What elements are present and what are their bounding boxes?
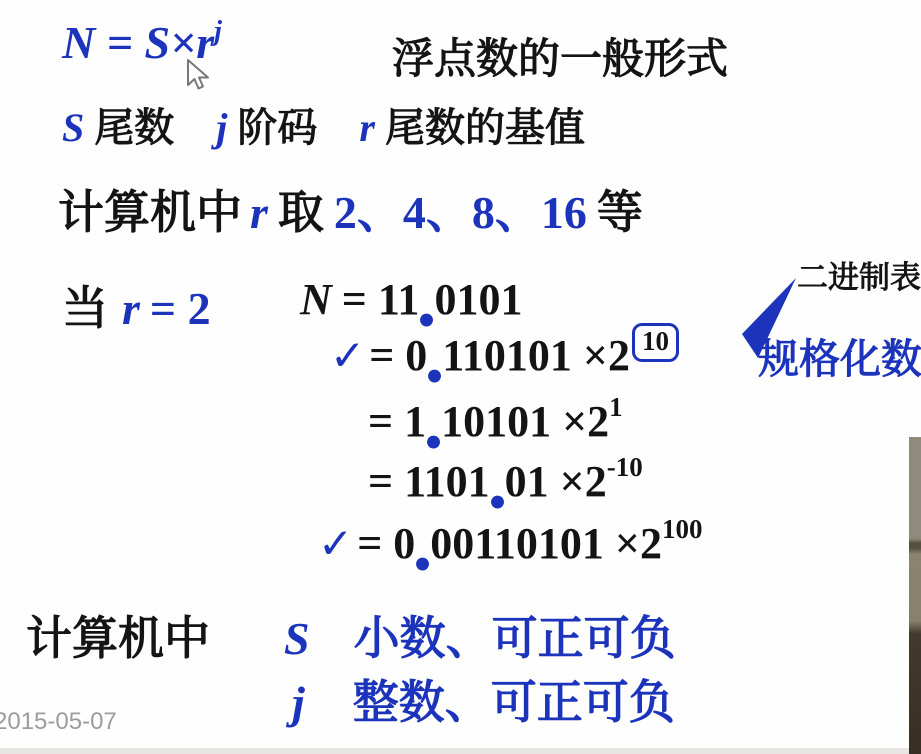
binary-point: . [413, 498, 433, 590]
eq0-times: × [583, 331, 608, 380]
binary-point: . [424, 376, 444, 468]
formula-exp-j: j [214, 16, 222, 47]
eq1-equals: = [368, 397, 393, 446]
radix-verb: 取 [278, 187, 324, 238]
eq2-frac: 01 [505, 457, 549, 506]
eq1-exponent: 1 [609, 392, 623, 422]
eq0-equals: = [369, 331, 394, 380]
footer-j-line: j整数、可正可负 [292, 666, 675, 732]
eq2-times: × [560, 457, 585, 506]
footer-prefix: 计算机中 [26, 613, 210, 664]
legend-j-label: 阶码 [237, 105, 317, 150]
case-equals-2: = 2 [150, 283, 211, 334]
radix-r-symbol: r [250, 187, 268, 238]
eq1-base: 2 [587, 397, 609, 446]
checkmark-icon: ✓ [330, 331, 365, 380]
radix-prefix: 计算机中 [58, 187, 242, 238]
eq2-exponent: -10 [607, 452, 643, 482]
eq1-times: × [562, 397, 587, 446]
n-frac-part: 0101 [434, 275, 522, 324]
legend-r-label: 尾数的基值 [385, 105, 585, 150]
video-bottom-edge [0, 748, 921, 754]
equation-row: = 1101.01 ×2-10 [368, 456, 643, 507]
formula-eq: = [107, 17, 133, 68]
formula-n: N [62, 17, 95, 68]
video-frame-edge [909, 437, 921, 754]
eq0-base: 2 [608, 331, 630, 380]
radix-line: 计算机中r取2、4、8、16等 [58, 176, 643, 242]
footer-s-symbol: S [284, 613, 310, 664]
eq3-exponent: 100 [662, 514, 703, 544]
footer-s-line: 计算机中S小数、可正可负 [26, 602, 676, 668]
legend-s-label: 尾数 [94, 105, 174, 150]
formula-caption: 浮点数的一般形式 [392, 26, 728, 86]
legend-s-symbol: S [62, 105, 84, 150]
eq2-equals: = [368, 457, 393, 506]
symbol-legend: S尾数j阶码r尾数的基值 [62, 96, 585, 153]
n-value-line: N= 11.0101 [300, 274, 522, 325]
slide: { "slide": { "formula": {"n": "N", "eq":… [0, 0, 921, 754]
footer-j-description: 整数、可正可负 [353, 677, 675, 728]
video-timestamp: 2015-05-07 [0, 708, 117, 736]
eq3-equals: = [357, 519, 382, 568]
eq3-base: 2 [640, 519, 662, 568]
radix-values: 2、4、8、16 [334, 187, 587, 238]
case-when: 当 [62, 283, 108, 334]
case-condition: 当r= 2 [62, 272, 211, 338]
callout-binary-label: 二进制表 [797, 252, 921, 297]
case-r-symbol: r [122, 283, 140, 334]
equation-row-normalized: ✓= 0.00110101 ×2100 [318, 518, 702, 569]
equation-row-normalized: ✓= 0.110101 ×210 [330, 330, 679, 382]
normalized-number-label: 规格化数 [758, 326, 921, 385]
eq3-times: × [615, 519, 640, 568]
eq0-exponent-boxed: 10 [632, 323, 679, 362]
eq2-base: 2 [585, 457, 607, 506]
legend-j-symbol: j [216, 105, 227, 150]
footer-j-symbol: j [292, 677, 305, 728]
n-int-part: 11 [378, 275, 420, 324]
n-variable: N [300, 275, 332, 324]
eq3-frac: 00110101 [430, 519, 604, 568]
radix-suffix: 等 [597, 187, 643, 238]
mouse-cursor-icon [185, 58, 211, 92]
checkmark-icon: ✓ [318, 519, 353, 568]
n-equals: = [342, 275, 367, 324]
formula-s: S [144, 17, 170, 68]
footer-s-description: 小数、可正可负 [354, 613, 676, 664]
binary-point: . [487, 436, 507, 528]
eq0-frac: 110101 [442, 331, 572, 380]
legend-r-symbol: r [359, 105, 375, 150]
